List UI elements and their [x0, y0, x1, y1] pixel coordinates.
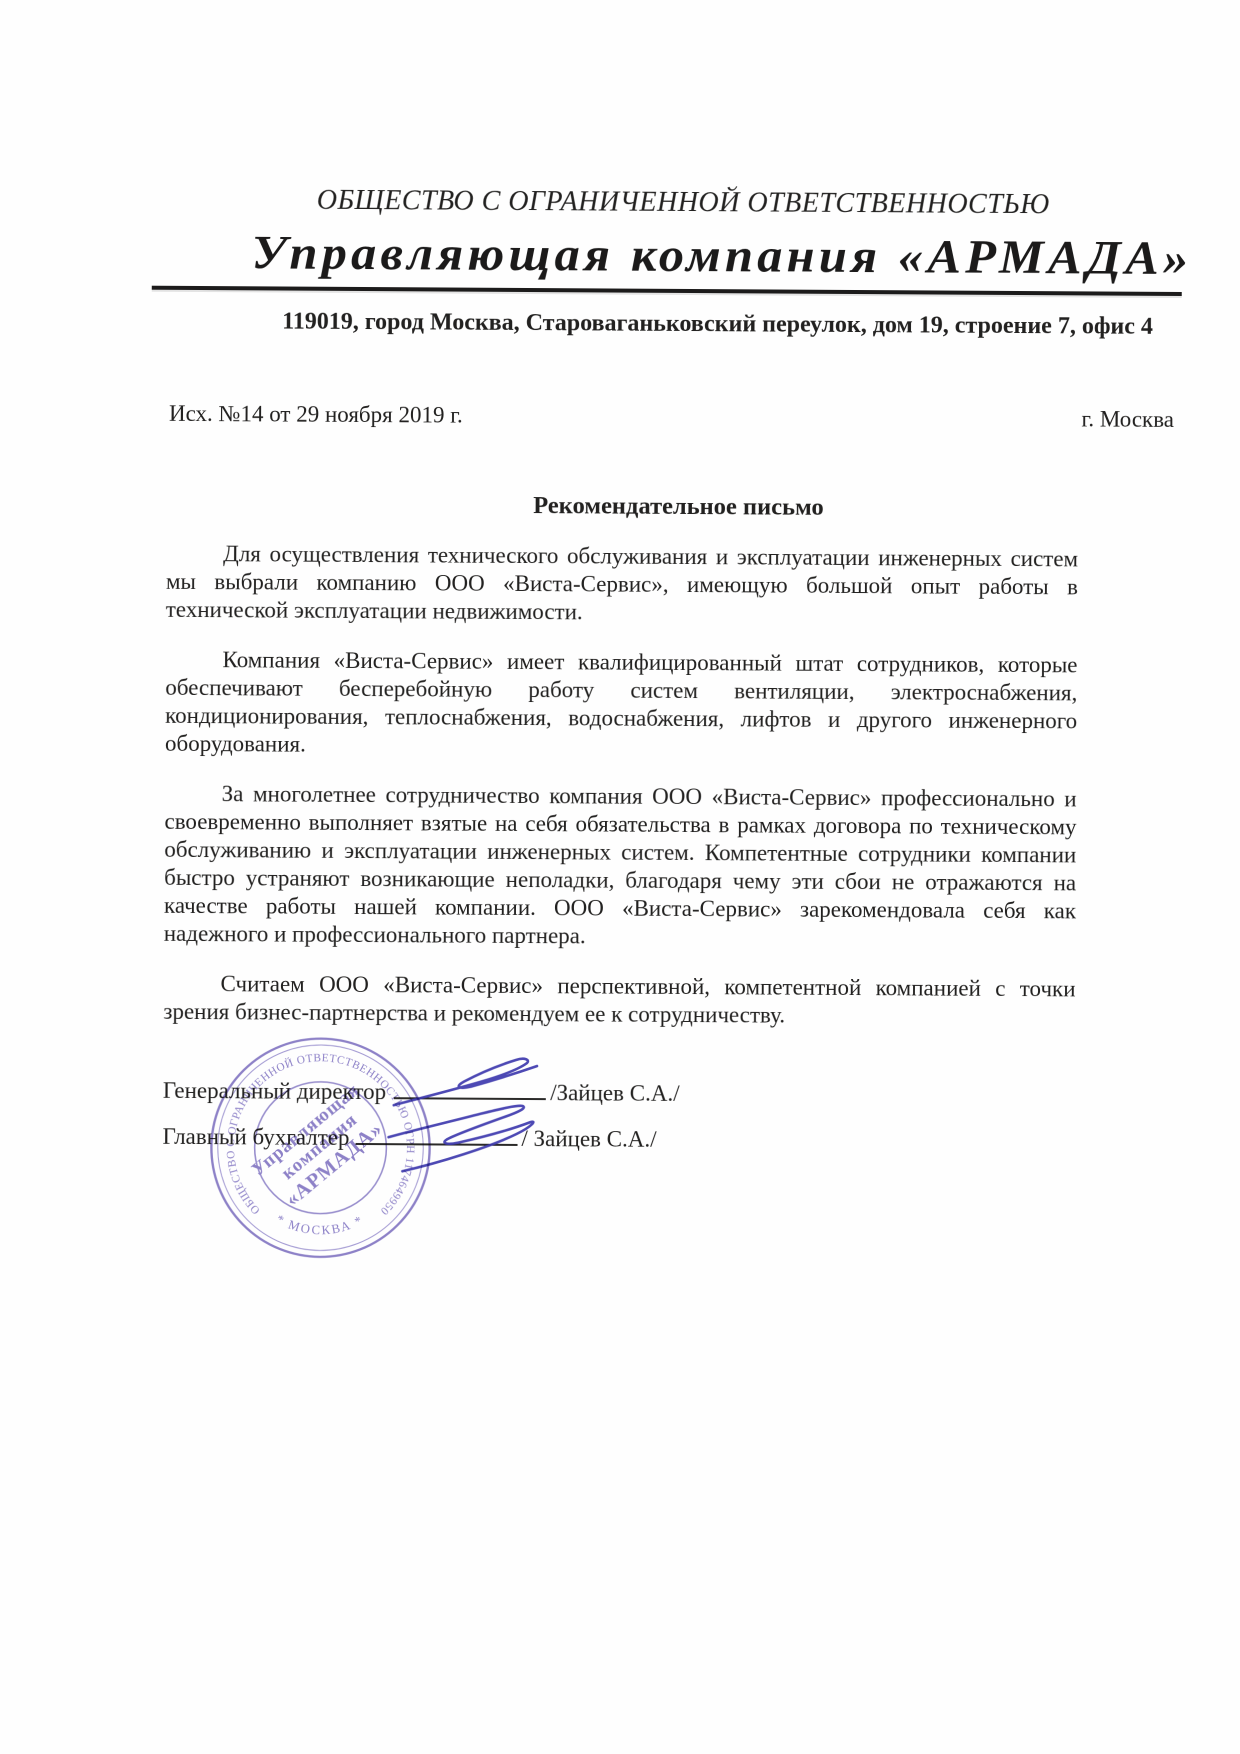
letter-body: Для осуществления технического обслужива… [163, 540, 1078, 1032]
letter-paragraph-2: Компания «Виста-Сервис» имеет квалифицир… [165, 646, 1078, 764]
stamp-bottom-text: * МОСКВА * [274, 1212, 366, 1238]
meta-row: Исх. №14 от 29 ноября 2019 г. г. Москва [169, 400, 1174, 434]
company-stamp: ОБЩЕСТВО С ОГРАНИЧЕННОЙ ОТВЕТСТВЕННОСТЬЮ… [204, 1031, 437, 1264]
letter-paragraph-4: Считаем ООО «Виста-Сервис» перспективной… [163, 970, 1075, 1032]
city-label: г. Москва [1081, 405, 1174, 434]
letter-title: Рекомендательное письмо [58, 489, 1240, 525]
scan-content: ОБЩЕСТВО С ОГРАНИЧЕННОЙ ОТВЕТСТВЕННОСТЬЮ… [0, 0, 1240, 1754]
company-name: Управляющая компания «АРМАДА» [71, 226, 1240, 286]
company-address: 119019, город Москва, Староваганьковский… [97, 305, 1240, 343]
org-type-line: ОБЩЕСТВО С ОГРАНИЧЕННОЙ ОТВЕТСТВЕННОСТЬЮ [63, 184, 1240, 222]
letter-paragraph-3: За многолетнее сотрудничество компания О… [164, 780, 1077, 954]
stamp-center-text: Управляющая компания «АРМАДА» [248, 1079, 393, 1215]
scanned-letter-page: ОБЩЕСТВО С ОГРАНИЧЕННОЙ ОТВЕТСТВЕННОСТЬЮ… [0, 0, 1240, 1754]
signature-name: /Зайцев С.А./ [550, 1080, 680, 1107]
letter-paragraph-1: Для осуществления технического обслужива… [166, 540, 1078, 630]
signature-name: / Зайцев С.А./ [521, 1126, 656, 1153]
outgoing-number: Исх. №14 от 29 ноября 2019 г. [169, 400, 463, 430]
letterhead-divider [152, 286, 1182, 296]
